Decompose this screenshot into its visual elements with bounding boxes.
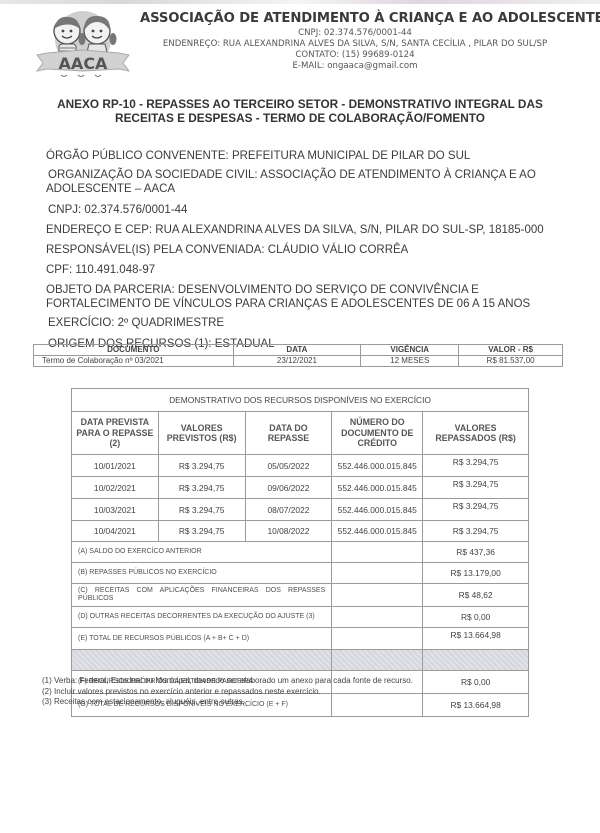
- summary-blank: [332, 628, 423, 650]
- cell-data-prevista: 10/04/2021: [72, 521, 159, 542]
- org-header: ASSOCIAÇÃO DE ATENDIMENTO À CRIANÇA E AO…: [140, 11, 570, 72]
- table-row: Termo de Colaboração nº 03/2021 23/12/20…: [34, 356, 563, 367]
- field-endereco: ENDEREÇO E CEP: RUA ALEXANDRINA ALVES DA…: [46, 223, 544, 237]
- footnote-3: (3) Receitas com estacionamento, aluguéi…: [42, 697, 413, 708]
- summary-label: (C) RECEITAS COM APLICAÇÕES FINANCEIRAS …: [72, 584, 332, 607]
- org-email: E-MAIL: ongaaca@gmail.com: [140, 61, 570, 72]
- summary-value: R$ 0,00: [423, 607, 529, 628]
- demonstrativo-header: DATA PREVISTA PARA O REPASSE (2) VALORES…: [72, 412, 529, 455]
- demonstrativo-caption: DEMONSTRATIVO DOS RECURSOS DISPONÍVEIS N…: [72, 389, 529, 412]
- cell-data-prevista: 10/01/2021: [72, 455, 159, 477]
- cell-numero-documento: 552.446.000.015.845: [332, 477, 423, 499]
- col-data: DATA: [233, 345, 361, 356]
- title-line-2: RECEITAS E DESPESAS - TERMO DE COLABORAÇ…: [40, 111, 560, 125]
- footnotes: (1) Verba: Federal, Estadual ou Municipa…: [42, 676, 413, 708]
- cell-valor-previsto: R$ 3.294,75: [158, 477, 245, 499]
- shaded-cell: [72, 650, 332, 671]
- document-title: ANEXO RP-10 - REPASSES AO TERCEIRO SETOR…: [40, 97, 560, 125]
- table-row: 10/02/2021 R$ 3.294,75 09/06/2022 552.44…: [72, 477, 529, 499]
- field-responsavel: RESPONSÁVEL(IS) PELA CONVENIADA: CLÁUDIO…: [46, 243, 408, 257]
- cell-valor-repassado: R$ 3.294,75: [423, 455, 529, 477]
- cell-valor-previsto: R$ 3.294,75: [158, 521, 245, 542]
- summary-row-e: (E) TOTAL DE RECURSOS PÚBLICOS (A + B+ C…: [72, 628, 529, 650]
- field-exercicio: EXERCÍCIO: 2º QUADRIMESTRE: [48, 316, 224, 330]
- cell-numero-documento: 552.446.000.015.845: [332, 499, 423, 521]
- summary-value: R$ 48,62: [423, 584, 529, 607]
- summary-blank: [332, 607, 423, 628]
- cell-data: 23/12/2021: [233, 356, 361, 367]
- cell-numero-documento: 552.446.000.015.845: [332, 521, 423, 542]
- cell-valor-repassado: R$ 3.294,75: [423, 521, 529, 542]
- children-logo-icon: AACA: [33, 9, 133, 83]
- cell-documento: Termo de Colaboração nº 03/2021: [34, 356, 234, 367]
- table-row: 10/01/2021 R$ 3.294,75 05/05/2022 552.44…: [72, 455, 529, 477]
- org-address: ENDENREÇO: RUA ALEXANDRINA ALVES DA SILV…: [140, 39, 570, 50]
- col-data-repasse: DATA DO REPASSE: [245, 412, 332, 455]
- summary-value: R$ 437,36: [423, 542, 529, 563]
- col-numero-documento: NÚMERO DO DOCUMENTO DE CRÉDITO: [332, 412, 423, 455]
- table-row: 10/03/2021 R$ 3.294,75 08/07/2022 552.44…: [72, 499, 529, 521]
- title-line-1: ANEXO RP-10 - REPASSES AO TERCEIRO SETOR…: [40, 97, 560, 111]
- field-organizacao-1: ORGANIZAÇÃO DA SOCIEDADE CIVIL: ASSOCIAÇ…: [48, 168, 536, 182]
- summary-value: R$ 13.664,98: [423, 628, 529, 650]
- summary-row-a: (A) SALDO DO EXERCÍCO ANTERIOR R$ 437,36: [72, 542, 529, 563]
- cell-data-prevista: 10/03/2021: [72, 499, 159, 521]
- table-row: 10/04/2021 R$ 3.294,75 10/08/2022 552.44…: [72, 521, 529, 542]
- summary-label: (D) OUTRAS RECEITAS DECORRENTES DA EXECU…: [72, 607, 332, 628]
- cell-valor-previsto: R$ 3.294,75: [158, 455, 245, 477]
- cell-numero-documento: 552.446.000.015.845: [332, 455, 423, 477]
- org-name: ASSOCIAÇÃO DE ATENDIMENTO À CRIANÇA E AO…: [140, 11, 570, 26]
- aaca-logo: AACA: [33, 9, 133, 83]
- summary-row-b: (B) REPASSES PÚBLICOS NO EXERCÍCIO R$ 13…: [72, 563, 529, 584]
- org-cnpj: CNPJ: 02.374.576/0001-44: [140, 28, 570, 39]
- cell-data-repasse: 10/08/2022: [245, 521, 332, 542]
- org-contact: CONTATO: (15) 99689-0124: [140, 50, 570, 61]
- summary-row-d: (D) OUTRAS RECEITAS DECORRENTES DA EXECU…: [72, 607, 529, 628]
- summary-label: (B) REPASSES PÚBLICOS NO EXERCÍCIO: [72, 563, 332, 584]
- scan-edge: [0, 0, 600, 4]
- summary-label: (A) SALDO DO EXERCÍCO ANTERIOR: [72, 542, 332, 563]
- summary-row-c: (C) RECEITAS COM APLICAÇÕES FINANCEIRAS …: [72, 584, 529, 607]
- cell-data-prevista: 10/02/2021: [72, 477, 159, 499]
- cell-valor-previsto: R$ 3.294,75: [158, 499, 245, 521]
- footnote-2: (2) Incluir valores previstos no exercíc…: [42, 687, 413, 698]
- cell-valor-repassado: R$ 3.294,75: [423, 477, 529, 499]
- document-table-header: DOCUMENTO DATA VIGÊNCIA VALOR - R$: [34, 345, 563, 356]
- summary-blank: [332, 563, 423, 584]
- field-cpf: CPF: 110.491.048-97: [46, 263, 155, 277]
- col-valor: VALOR - R$: [459, 345, 563, 356]
- shaded-cell: [332, 650, 423, 671]
- col-documento: DOCUMENTO: [34, 345, 234, 356]
- col-valores-repassados: VALORES REPASSADOS (R$): [423, 412, 529, 455]
- summary-value: R$ 13.179,00: [423, 563, 529, 584]
- col-valores-previstos: VALORES PREVISTOS (R$): [158, 412, 245, 455]
- col-data-prevista: DATA PREVISTA PARA O REPASSE (2): [72, 412, 159, 455]
- cell-data-repasse: 05/05/2022: [245, 455, 332, 477]
- col-vigencia: VIGÊNCIA: [361, 345, 459, 356]
- summary-value: R$ 0,00: [423, 671, 529, 694]
- summary-value: R$ 13.664,98: [423, 694, 529, 717]
- field-cnpj: CNPJ: 02.374.576/0001-44: [48, 203, 187, 217]
- summary-blank: [332, 584, 423, 607]
- demonstrativo-table: DEMONSTRATIVO DOS RECURSOS DISPONÍVEIS N…: [71, 388, 529, 717]
- cell-data-repasse: 09/06/2022: [245, 477, 332, 499]
- footnote-1: (1) Verba: Federal, Estadual ou Municipa…: [42, 676, 413, 687]
- cell-valor: R$ 81.537,00: [459, 356, 563, 367]
- document-table: DOCUMENTO DATA VIGÊNCIA VALOR - R$ Termo…: [33, 344, 563, 367]
- cell-data-repasse: 08/07/2022: [245, 499, 332, 521]
- summary-label: (E) TOTAL DE RECURSOS PÚBLICOS (A + B+ C…: [72, 628, 332, 650]
- summary-blank: [332, 542, 423, 563]
- field-objeto-2: FORTALECIMENTO DE VÍNCULOS PARA CRIANÇAS…: [46, 297, 530, 311]
- svg-text:AACA: AACA: [59, 54, 109, 73]
- field-orgao: ÓRGÃO PÚBLICO CONVENENTE: PREFEITURA MUN…: [46, 149, 470, 163]
- cell-vigencia: 12 MESES: [361, 356, 459, 367]
- shaded-separator-row: [72, 650, 529, 671]
- shaded-cell: [423, 650, 529, 671]
- field-objeto-1: OBJETO DA PARCERIA: DESENVOLVIMENTO DO S…: [46, 283, 479, 297]
- cell-valor-repassado: R$ 3.294,75: [423, 499, 529, 521]
- field-organizacao-2: ADOLESCENTE – AACA: [46, 182, 175, 196]
